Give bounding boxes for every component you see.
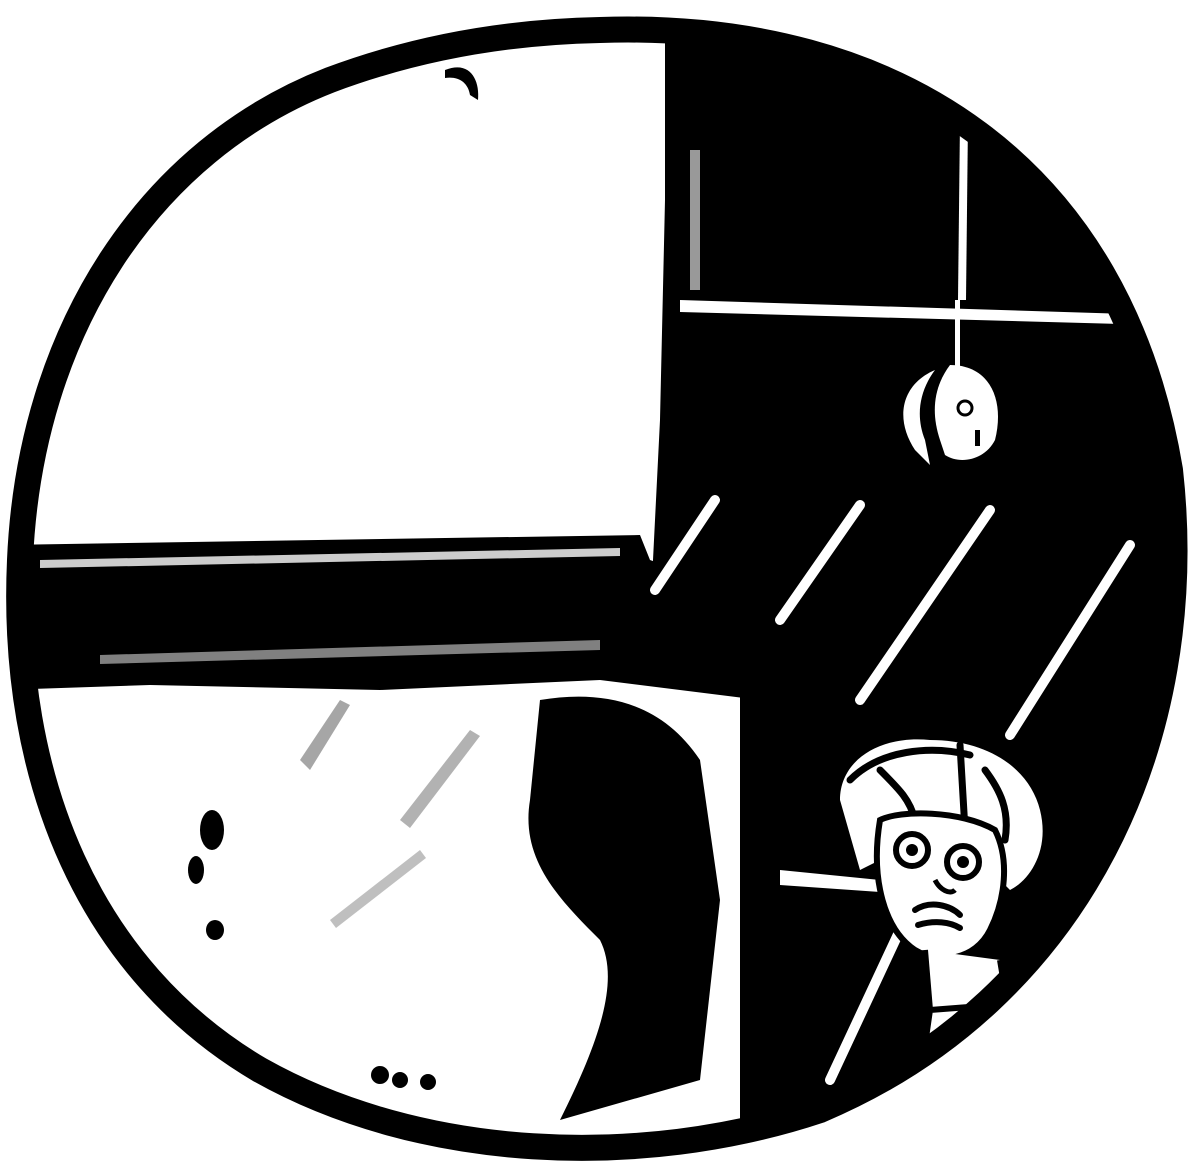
ink-illustration — [0, 0, 1200, 1170]
